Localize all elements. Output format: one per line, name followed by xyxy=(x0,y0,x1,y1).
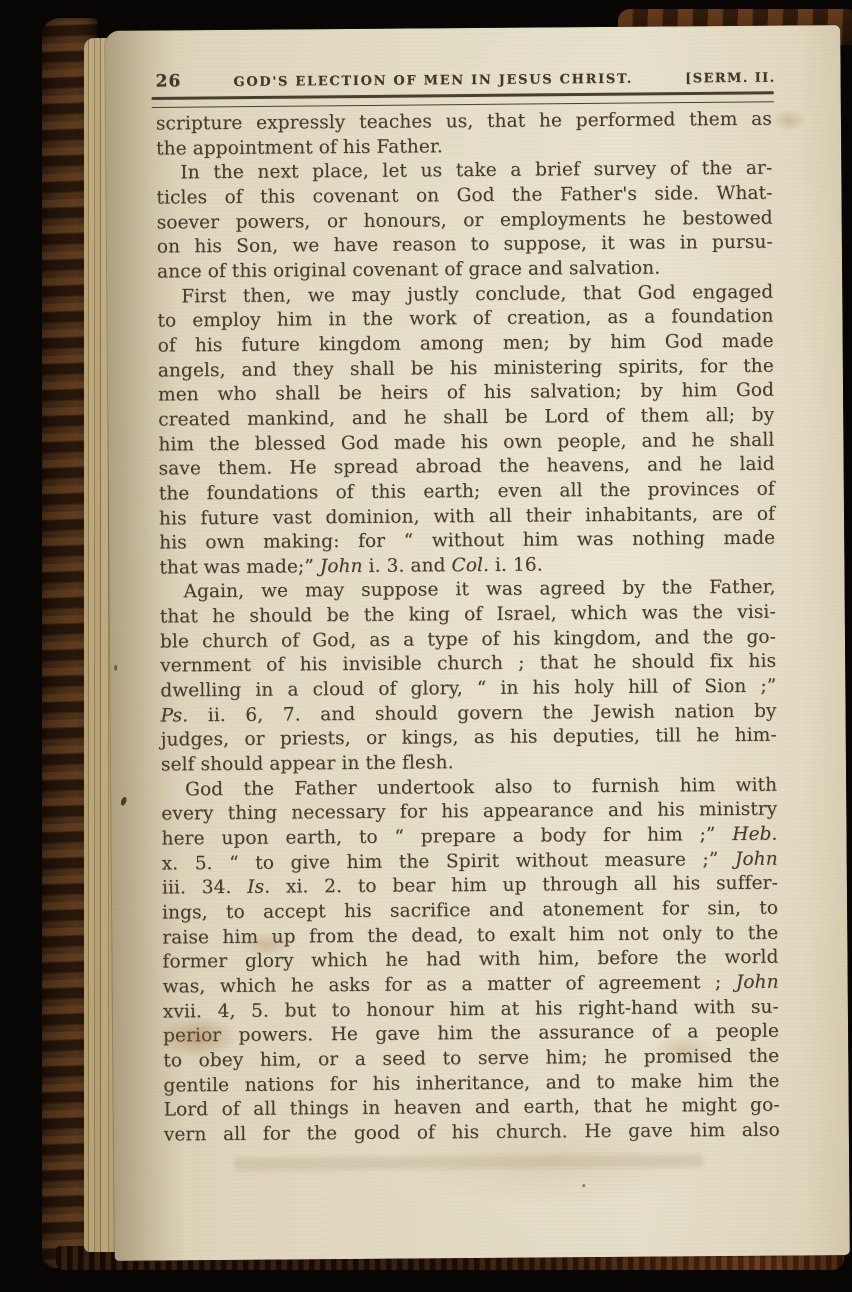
page-number: 26 xyxy=(156,71,182,91)
section-marker: [SERM. II. xyxy=(685,71,776,87)
scanned-book-photo: 26 GOD'S ELECTION OF MEN IN JESUS CHRIST… xyxy=(0,0,852,1292)
text-line: on his Son, we have reason to suppose, i… xyxy=(157,231,773,260)
running-title: GOD'S ELECTION OF MEN IN JESUS CHRIST. xyxy=(233,72,632,90)
text-line: his own making: for “ without him was no… xyxy=(159,527,775,556)
ink-speck xyxy=(120,796,128,806)
text-line: vern all for the good of his church. He … xyxy=(164,1119,780,1148)
book-page: 26 GOD'S ELECTION OF MEN IN JESUS CHRIST… xyxy=(105,25,850,1261)
text-line: judges, or priests, or kings, as his dep… xyxy=(161,724,777,753)
ink-speck xyxy=(582,1184,585,1187)
text-line: scripture expressly teaches us, that he … xyxy=(156,108,772,137)
paper-stain xyxy=(772,109,806,131)
show-through-text xyxy=(234,1154,704,1171)
body-text: scripture expressly teaches us, that he … xyxy=(156,108,780,1148)
running-header: 26 GOD'S ELECTION OF MEN IN JESUS CHRIST… xyxy=(155,60,775,91)
ink-speck xyxy=(114,665,117,671)
header-rule xyxy=(152,91,774,108)
